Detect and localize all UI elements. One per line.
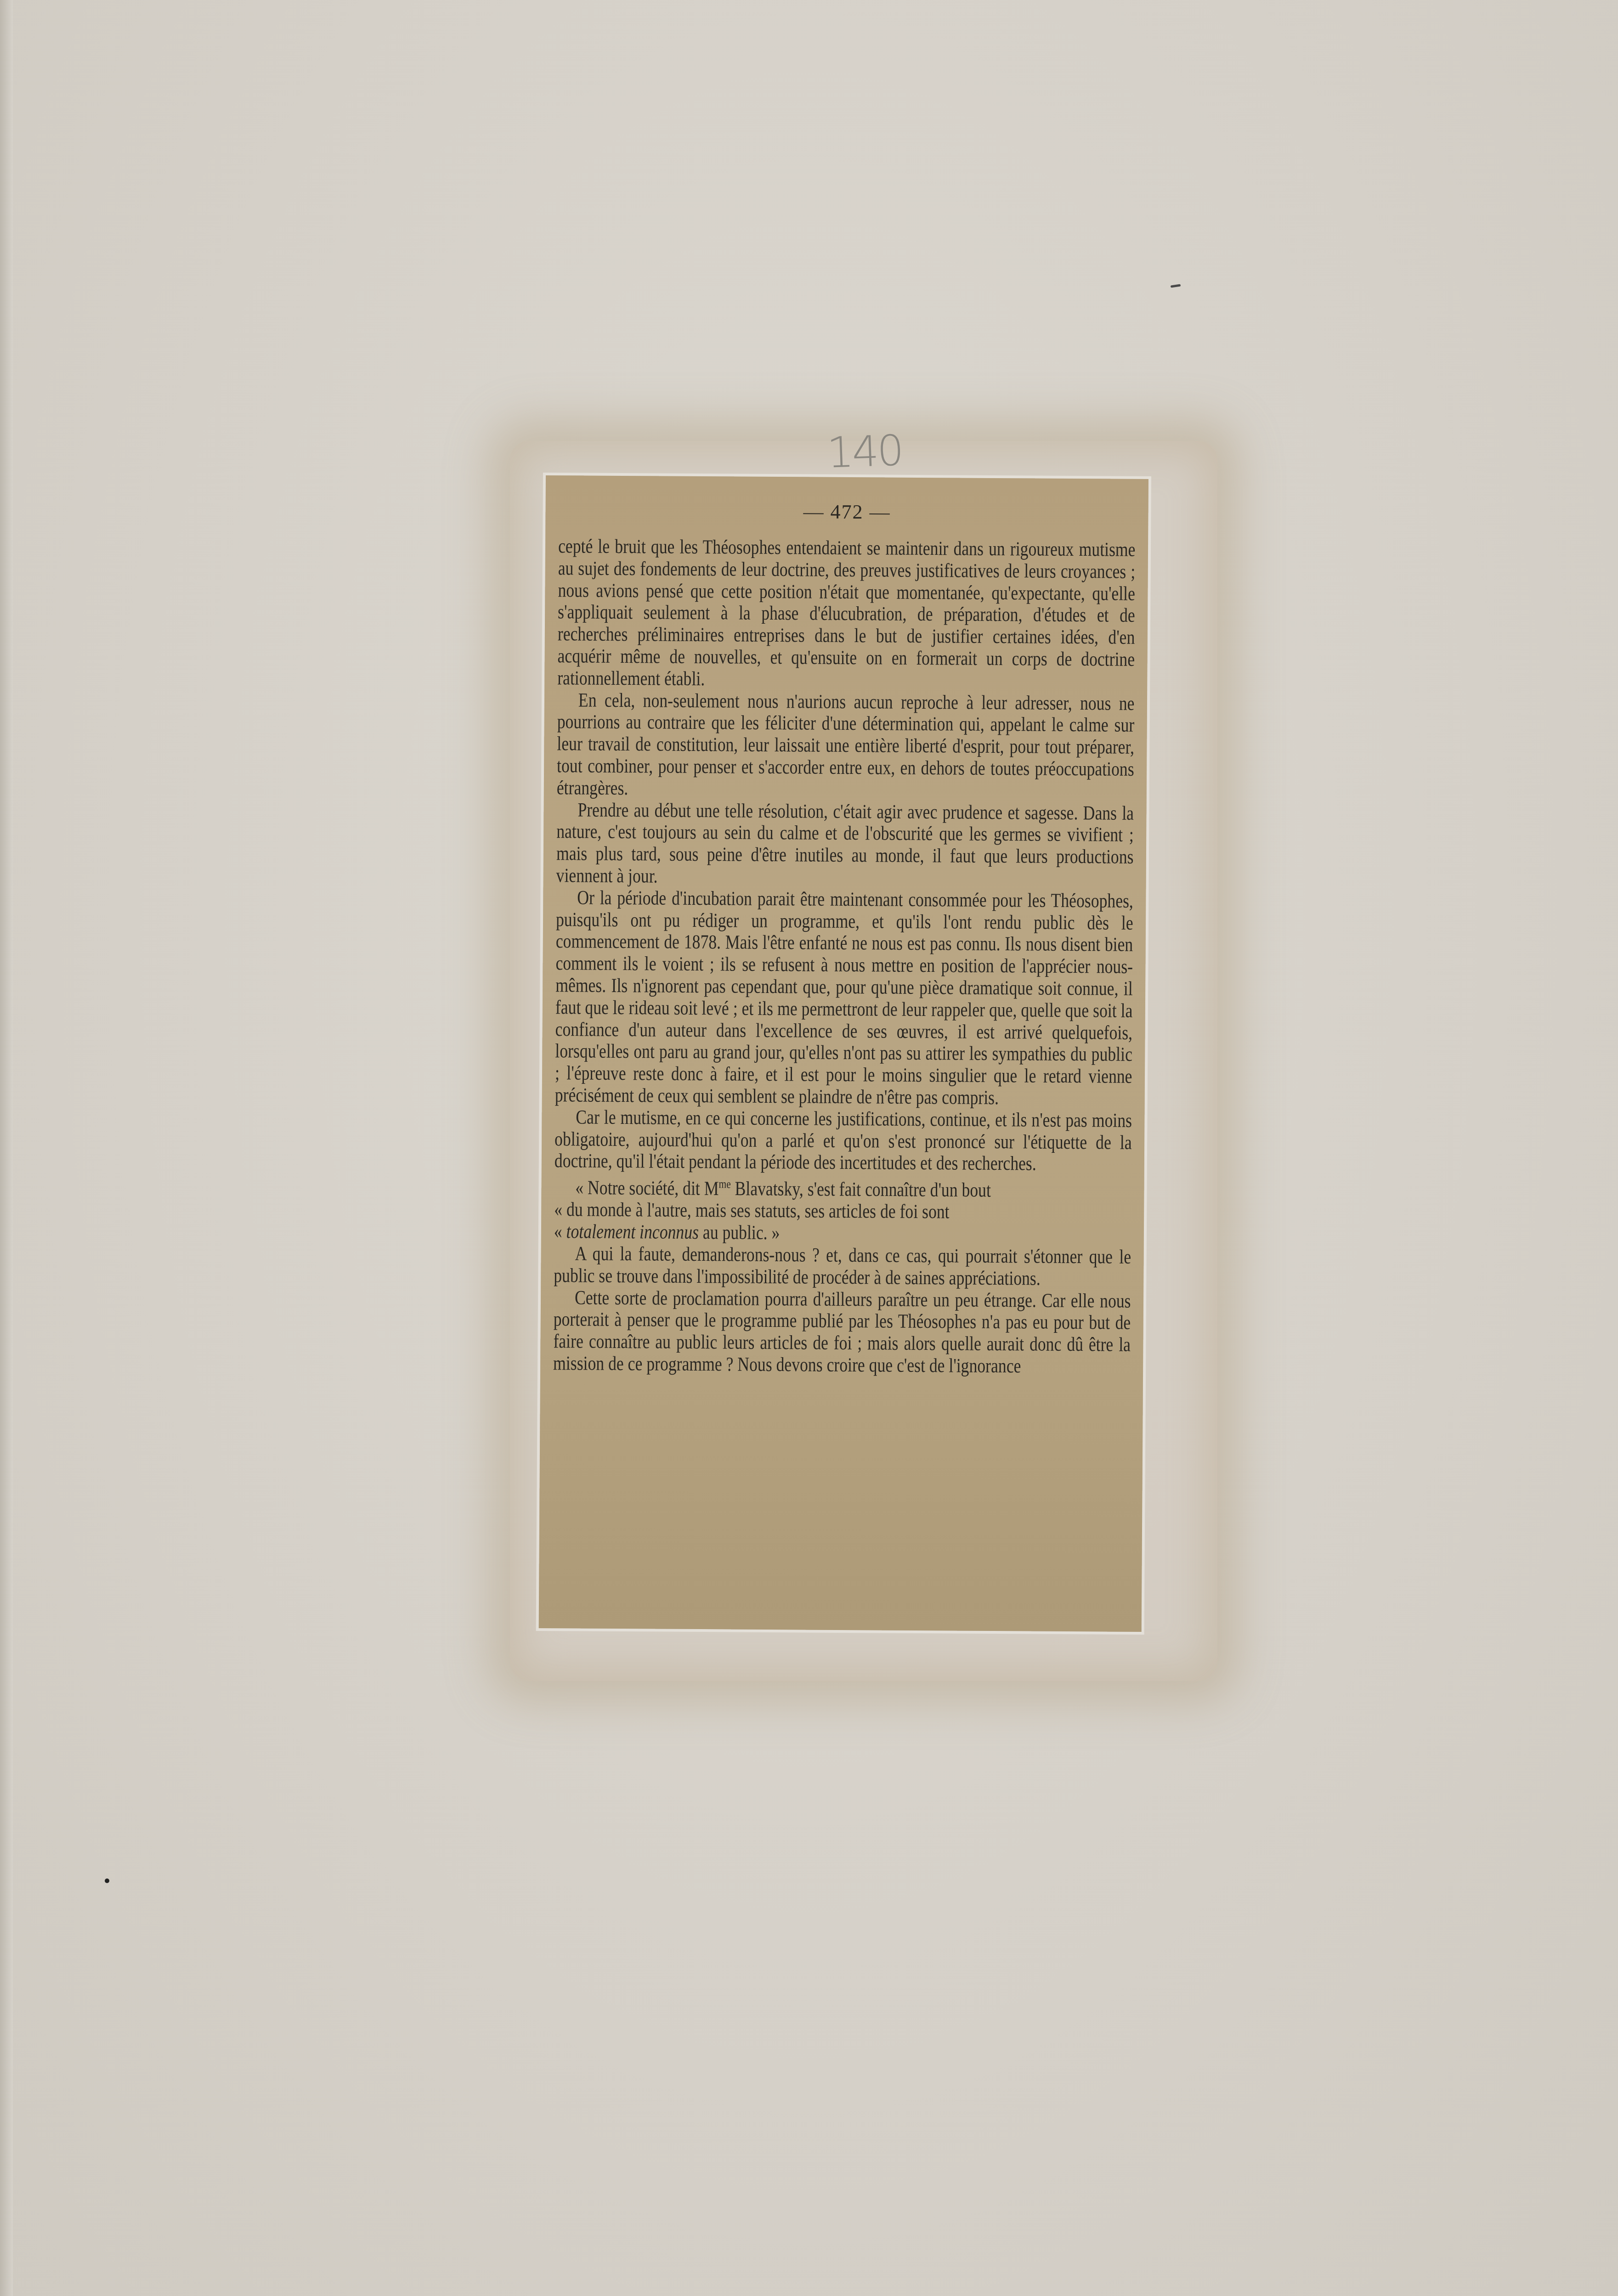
paragraph: Or la période d'incubation parait être m… bbox=[555, 887, 1133, 1110]
quote-line: « Notre société, dit Mme Blavatsky, s'es… bbox=[554, 1172, 1131, 1202]
article-body: cepté le bruit que les Théosophes entend… bbox=[553, 536, 1136, 1378]
ink-dot bbox=[105, 1879, 109, 1883]
quote-mark: « bbox=[554, 1220, 566, 1242]
paragraph: cepté le bruit que les Théosophes entend… bbox=[557, 536, 1136, 693]
italic-emphasis: totalement inconnus bbox=[566, 1221, 699, 1244]
page-number: — 472 — bbox=[558, 498, 1135, 525]
superscript: me bbox=[718, 1177, 730, 1190]
paragraph: Cette sorte de proclamation pourra d'ail… bbox=[553, 1287, 1131, 1378]
quote-text: Blavatsky, s'est fait connaître d'un bou… bbox=[730, 1178, 991, 1201]
pencil-folio-number: 140 bbox=[826, 426, 903, 478]
newspaper-clipping: — 472 — cepté le bruit que les Théosophe… bbox=[539, 475, 1148, 1632]
paragraph: A qui la faute, demanderons-nous ? et, d… bbox=[554, 1243, 1131, 1290]
quote-text: « Notre société, dit M bbox=[575, 1177, 718, 1200]
paragraph: En cela, non-seulement nous n'aurions au… bbox=[557, 689, 1135, 803]
paragraph: Car le mutisme, en ce qui concerne les j… bbox=[554, 1106, 1132, 1176]
blavatsky-quote: « Notre société, dit Mme Blavatsky, s'es… bbox=[554, 1172, 1131, 1247]
binding-edge bbox=[0, 0, 13, 2296]
paragraph: Prendre au début une telle résolution, c… bbox=[556, 799, 1134, 891]
quote-text: au public. » bbox=[699, 1221, 780, 1244]
